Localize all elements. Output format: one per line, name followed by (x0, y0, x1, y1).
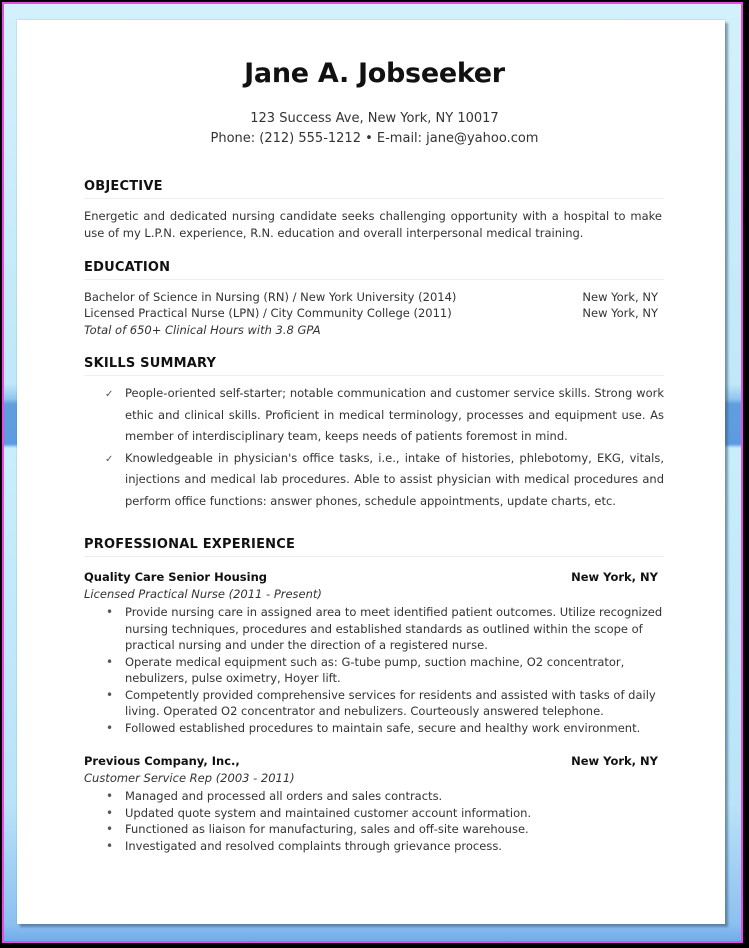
objective-text: Energetic and dedicated nursing candidat… (84, 208, 662, 242)
skill-item: ✓ Knowledgeable in physician's office ta… (104, 448, 664, 513)
skill-text: People-oriented self-starter; notable co… (125, 386, 664, 443)
objective-heading: OBJECTIVE (84, 179, 664, 199)
experience-heading: PROFESSIONAL EXPERIENCE (84, 537, 664, 557)
education-degree: Licensed Practical Nurse (LPN) / City Co… (84, 306, 452, 320)
job-bullet: •Competently provided comprehensive serv… (104, 687, 664, 720)
job-location: New York, NY (571, 754, 658, 768)
job-header: Quality Care Senior Housing New York, NY (84, 570, 658, 586)
education-heading: EDUCATION (84, 260, 664, 280)
job-bullet: •Investigated and resolved complaints th… (104, 838, 664, 855)
job-bullets: •Managed and processed all orders and sa… (104, 788, 664, 854)
skill-item: ✓ People-oriented self-starter; notable … (104, 383, 664, 448)
education-entry: Bachelor of Science in Nursing (RN) / Ne… (84, 290, 658, 306)
job-bullet: •Operate medical equipment such as: G-tu… (104, 654, 664, 687)
job-header: Previous Company, Inc., New York, NY (84, 754, 658, 770)
job-bullet: •Functioned as liaison for manufacturing… (104, 821, 664, 838)
job-bullet: •Managed and processed all orders and sa… (104, 788, 664, 805)
bullet-dot-icon: • (106, 604, 113, 621)
job-bullet: •Provide nursing care in assigned area t… (104, 604, 664, 654)
bullet-dot-icon: • (106, 788, 113, 805)
bullet-dot-icon: • (106, 805, 113, 822)
skills-list: ✓ People-oriented self-starter; notable … (104, 383, 664, 512)
bullet-dot-icon: • (106, 687, 113, 704)
job-bullet: •Updated quote system and maintained cus… (104, 805, 664, 822)
contact-line: Phone: (212) 555-1212 • E-mail: jane@yah… (0, 131, 749, 146)
education-entry: Licensed Practical Nurse (LPN) / City Co… (84, 306, 658, 322)
address-line: 123 Success Ave, New York, NY 10017 (0, 111, 749, 126)
education-location: New York, NY (582, 306, 658, 320)
bullet-dot-icon: • (106, 654, 113, 671)
bullet-dot-icon: • (106, 821, 113, 838)
education-note: Total of 650+ Clinical Hours with 3.8 GP… (84, 323, 662, 337)
education-location: New York, NY (582, 290, 658, 304)
checkmark-icon: ✓ (105, 449, 113, 471)
job-bullets: •Provide nursing care in assigned area t… (104, 604, 664, 736)
job-company: Quality Care Senior Housing (84, 570, 267, 584)
skills-heading: SKILLS SUMMARY (84, 356, 664, 376)
resume-content: Jane A. Jobseeker 123 Success Ave, New Y… (0, 0, 749, 948)
candidate-name: Jane A. Jobseeker (0, 58, 749, 89)
job-title: Customer Service Rep (2003 - 2011) (84, 771, 662, 785)
job-title: Licensed Practical Nurse (2011 - Present… (84, 587, 662, 601)
job-company: Previous Company, Inc., (84, 754, 240, 768)
job-location: New York, NY (571, 570, 658, 584)
bullet-dot-icon: • (106, 838, 113, 855)
skill-text: Knowledgeable in physician's office task… (125, 451, 664, 508)
job-bullet: •Followed established procedures to main… (104, 720, 664, 737)
bullet-dot-icon: • (106, 720, 113, 737)
checkmark-icon: ✓ (105, 384, 113, 406)
education-degree: Bachelor of Science in Nursing (RN) / Ne… (84, 290, 456, 304)
